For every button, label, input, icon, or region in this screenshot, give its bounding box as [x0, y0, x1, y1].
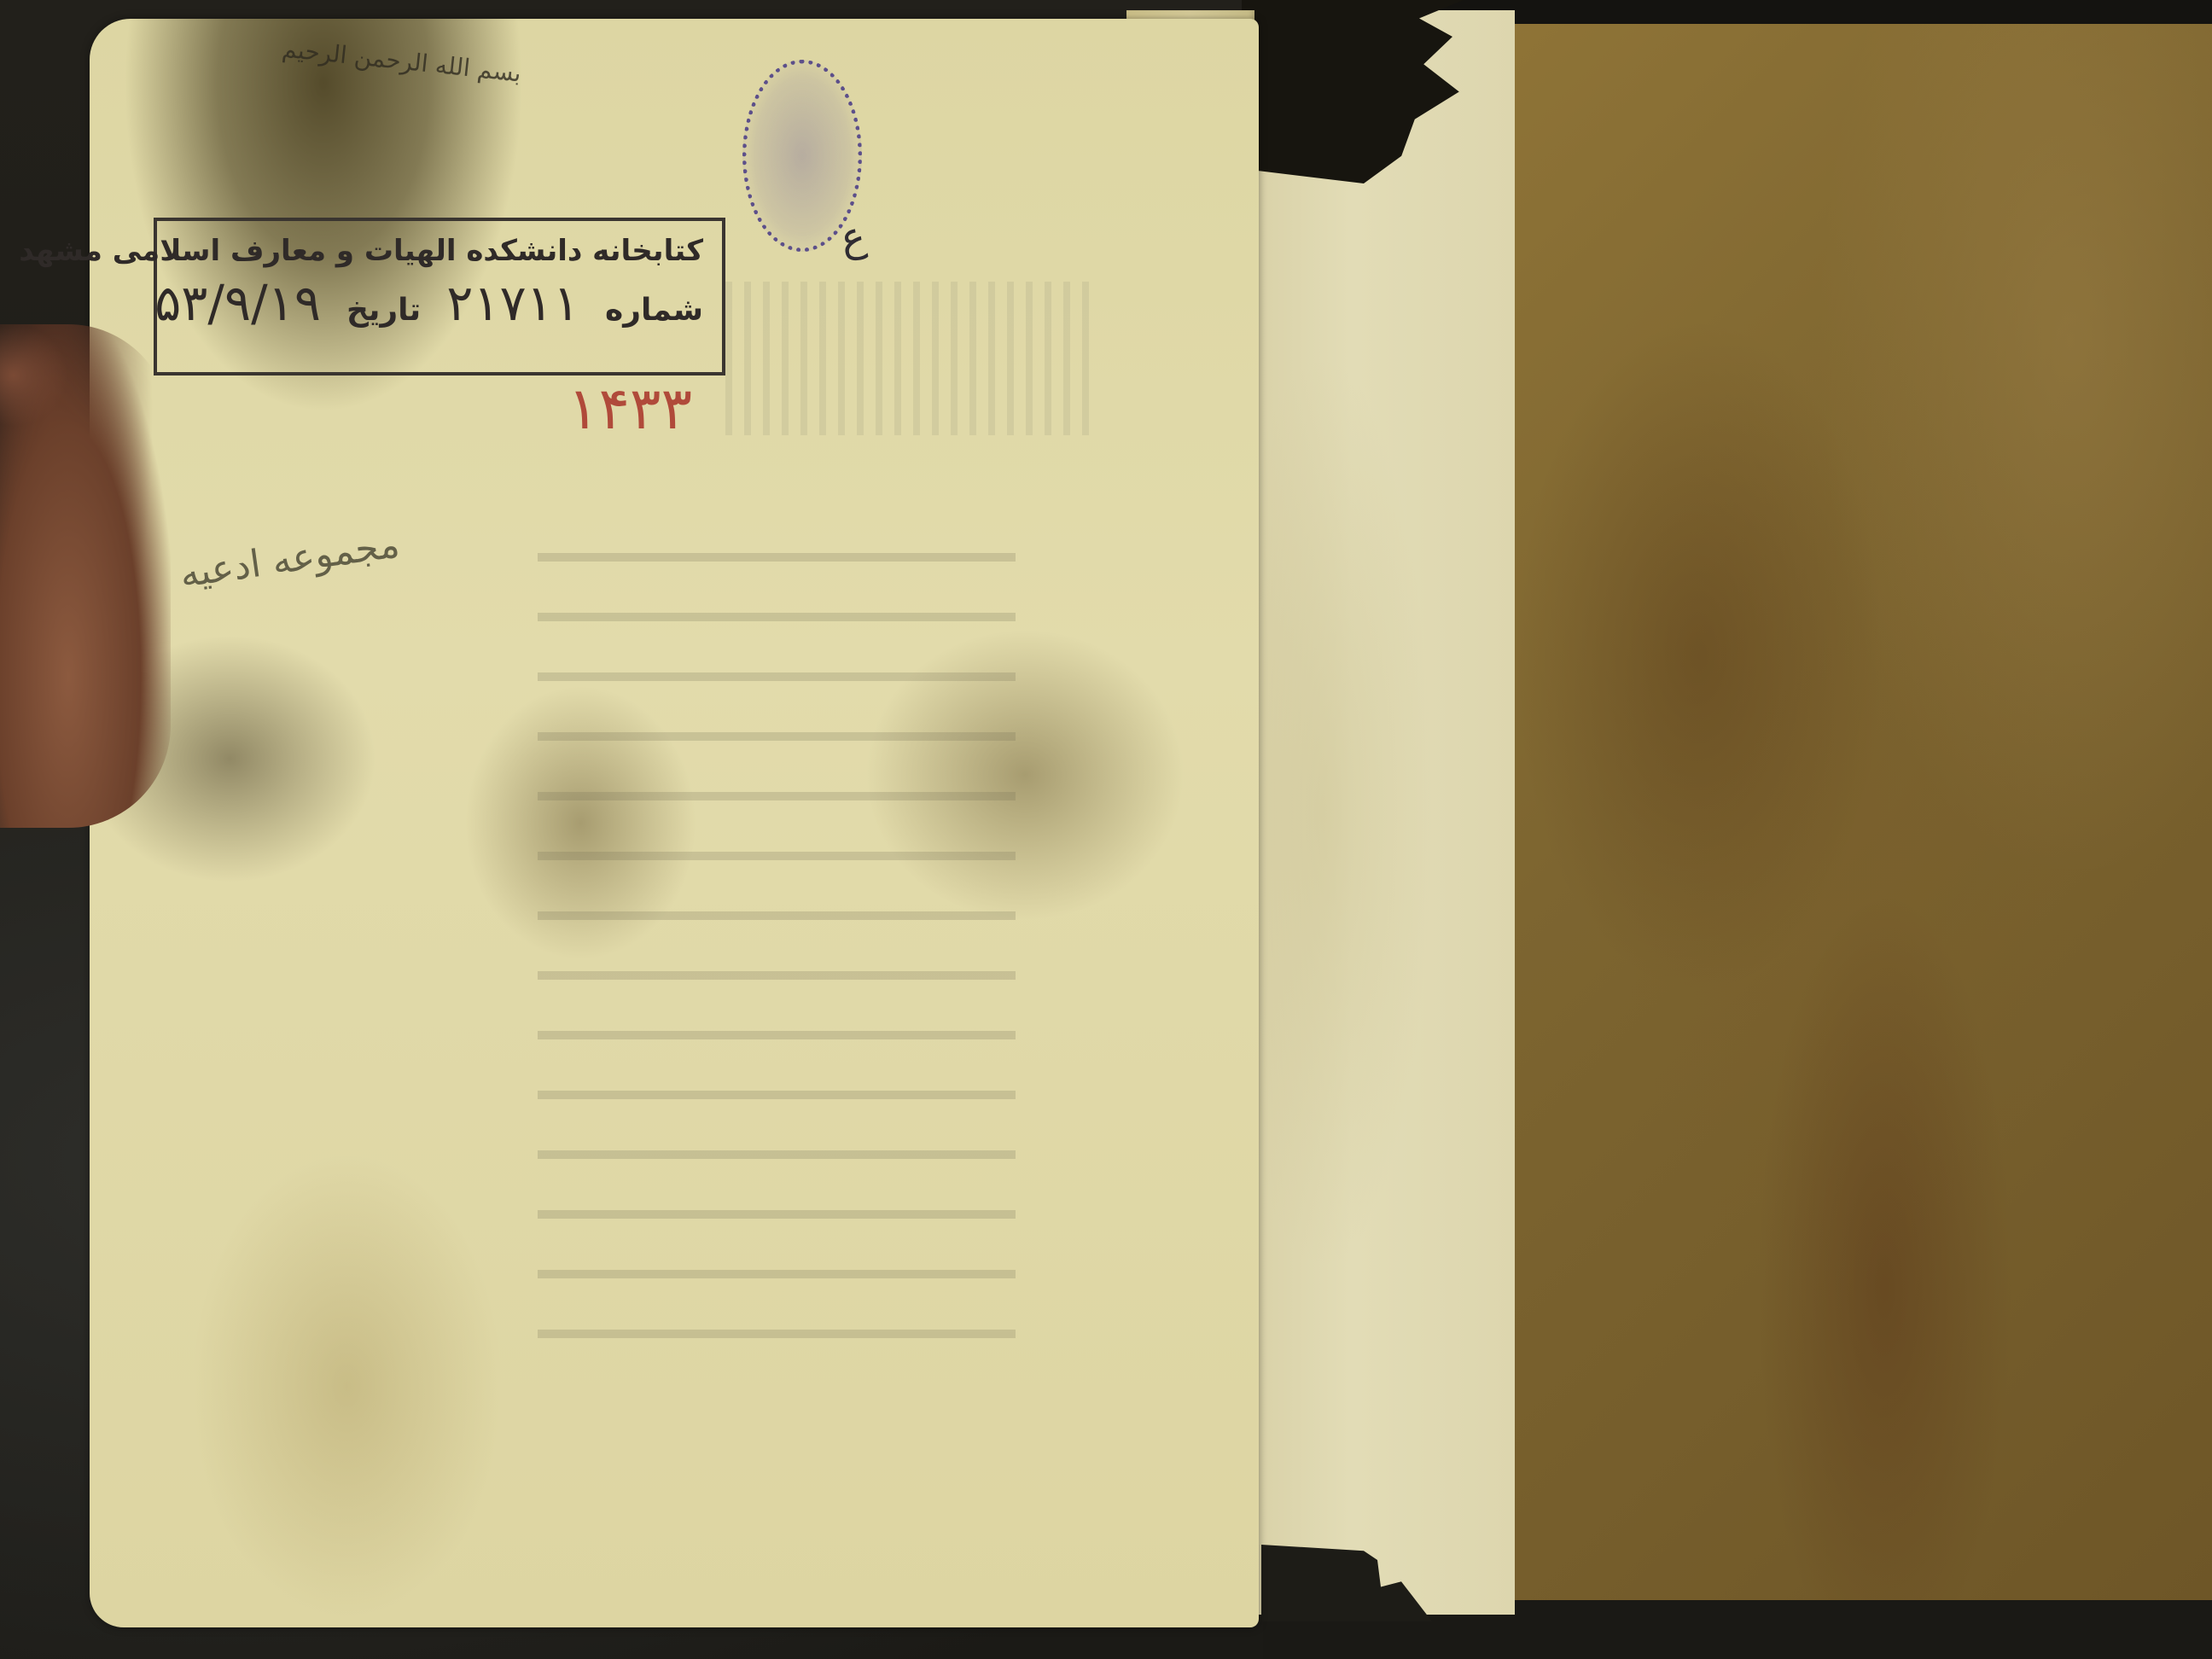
tissue-repair-strip [1242, 10, 1515, 1615]
stamp-date: ۵۳/۹/۱۹ [154, 272, 321, 334]
book-cover [1476, 24, 2212, 1604]
stamp-number: ۲۱۷۱۱ [446, 272, 579, 334]
stamp-library-name: کتابخانه دانشکده الهیات و معارف اسلامی م… [176, 230, 703, 272]
stamp-date-label: تاریخ [346, 280, 421, 341]
stamp-details: شماره ۲۱۷۱۱ تاریخ ۵۳/۹/۱۹ [176, 272, 703, 341]
holding-finger [0, 324, 68, 427]
bleed-through-title [725, 282, 1101, 435]
library-stamp: کتابخانه دانشکده الهیات و معارف اسلامی م… [154, 218, 725, 375]
stamp-number-label: شماره [605, 280, 703, 341]
accession-number: ۱۴۳۳ [568, 375, 692, 443]
bleed-through-text [538, 521, 1016, 1340]
